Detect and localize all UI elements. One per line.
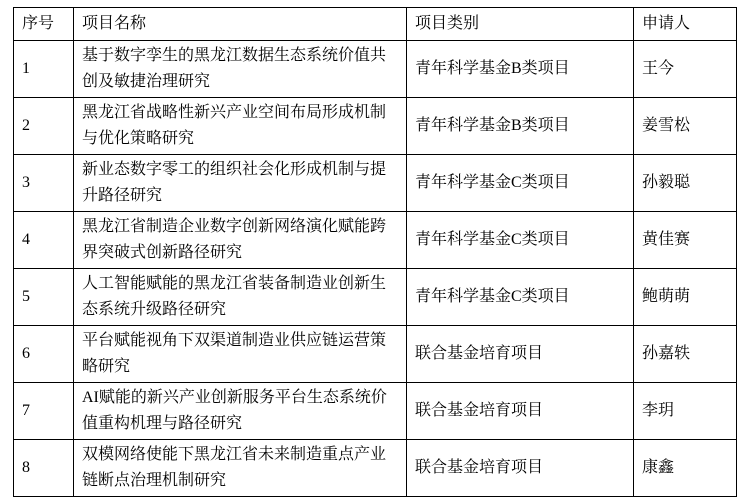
row-number-cell: 4 bbox=[14, 212, 74, 269]
applicant-cell: 孙毅聪 bbox=[634, 155, 737, 212]
table-row: 1 基于数字孪生的黑龙江数据生态系统价值共创及敏捷治理研究 青年科学基金B类项目… bbox=[14, 41, 737, 98]
row-number-cell: 2 bbox=[14, 98, 74, 155]
header-project-category: 项目类别 bbox=[407, 8, 634, 41]
header-no: 序号 bbox=[14, 8, 74, 41]
table-header-row: 序号 项目名称 项目类别 申请人 bbox=[14, 8, 737, 41]
project-name-cell: 黑龙江省制造企业数字创新网络演化赋能跨界突破式创新路径研究 bbox=[74, 212, 407, 269]
project-category-cell: 联合基金培育项目 bbox=[407, 383, 634, 440]
header-applicant: 申请人 bbox=[634, 8, 737, 41]
project-category-cell: 青年科学基金C类项目 bbox=[407, 212, 634, 269]
applicant-cell: 康鑫 bbox=[634, 440, 737, 497]
projects-table: 序号 项目名称 项目类别 申请人 1 基于数字孪生的黑龙江数据生态系统价值共创及… bbox=[13, 7, 737, 497]
applicant-cell: 姜雪松 bbox=[634, 98, 737, 155]
table-row: 8 双模网络使能下黑龙江省未来制造重点产业链断点治理机制研究 联合基金培育项目 … bbox=[14, 440, 737, 497]
project-name-cell: 黑龙江省战略性新兴产业空间布局形成机制与优化策略研究 bbox=[74, 98, 407, 155]
project-name-cell: AI赋能的新兴产业创新服务平台生态系统价值重构机理与路径研究 bbox=[74, 383, 407, 440]
row-number-cell: 8 bbox=[14, 440, 74, 497]
project-category-cell: 青年科学基金C类项目 bbox=[407, 155, 634, 212]
project-category-cell: 青年科学基金C类项目 bbox=[407, 269, 634, 326]
table-row: 3 新业态数字零工的组织社会化形成机制与提升路径研究 青年科学基金C类项目 孙毅… bbox=[14, 155, 737, 212]
table-row: 2 黑龙江省战略性新兴产业空间布局形成机制与优化策略研究 青年科学基金B类项目 … bbox=[14, 98, 737, 155]
project-name-cell: 人工智能赋能的黑龙江省装备制造业创新生态系统升级路径研究 bbox=[74, 269, 407, 326]
applicant-cell: 孙嘉轶 bbox=[634, 326, 737, 383]
row-number-cell: 6 bbox=[14, 326, 74, 383]
table-row: 4 黑龙江省制造企业数字创新网络演化赋能跨界突破式创新路径研究 青年科学基金C类… bbox=[14, 212, 737, 269]
project-name-cell: 平台赋能视角下双渠道制造业供应链运营策略研究 bbox=[74, 326, 407, 383]
applicant-cell: 李玥 bbox=[634, 383, 737, 440]
row-number-cell: 5 bbox=[14, 269, 74, 326]
table-row: 7 AI赋能的新兴产业创新服务平台生态系统价值重构机理与路径研究 联合基金培育项… bbox=[14, 383, 737, 440]
applicant-cell: 王今 bbox=[634, 41, 737, 98]
row-number-cell: 7 bbox=[14, 383, 74, 440]
project-category-cell: 青年科学基金B类项目 bbox=[407, 41, 634, 98]
project-name-cell: 基于数字孪生的黑龙江数据生态系统价值共创及敏捷治理研究 bbox=[74, 41, 407, 98]
project-category-cell: 青年科学基金B类项目 bbox=[407, 98, 634, 155]
project-name-cell: 新业态数字零工的组织社会化形成机制与提升路径研究 bbox=[74, 155, 407, 212]
applicant-cell: 黄佳赛 bbox=[634, 212, 737, 269]
row-number-cell: 3 bbox=[14, 155, 74, 212]
project-category-cell: 联合基金培育项目 bbox=[407, 326, 634, 383]
project-name-cell: 双模网络使能下黑龙江省未来制造重点产业链断点治理机制研究 bbox=[74, 440, 407, 497]
row-number-cell: 1 bbox=[14, 41, 74, 98]
project-category-cell: 联合基金培育项目 bbox=[407, 440, 634, 497]
applicant-cell: 鲍萌萌 bbox=[634, 269, 737, 326]
table-row: 6 平台赋能视角下双渠道制造业供应链运营策略研究 联合基金培育项目 孙嘉轶 bbox=[14, 326, 737, 383]
table-row: 5 人工智能赋能的黑龙江省装备制造业创新生态系统升级路径研究 青年科学基金C类项… bbox=[14, 269, 737, 326]
header-project-name: 项目名称 bbox=[74, 8, 407, 41]
